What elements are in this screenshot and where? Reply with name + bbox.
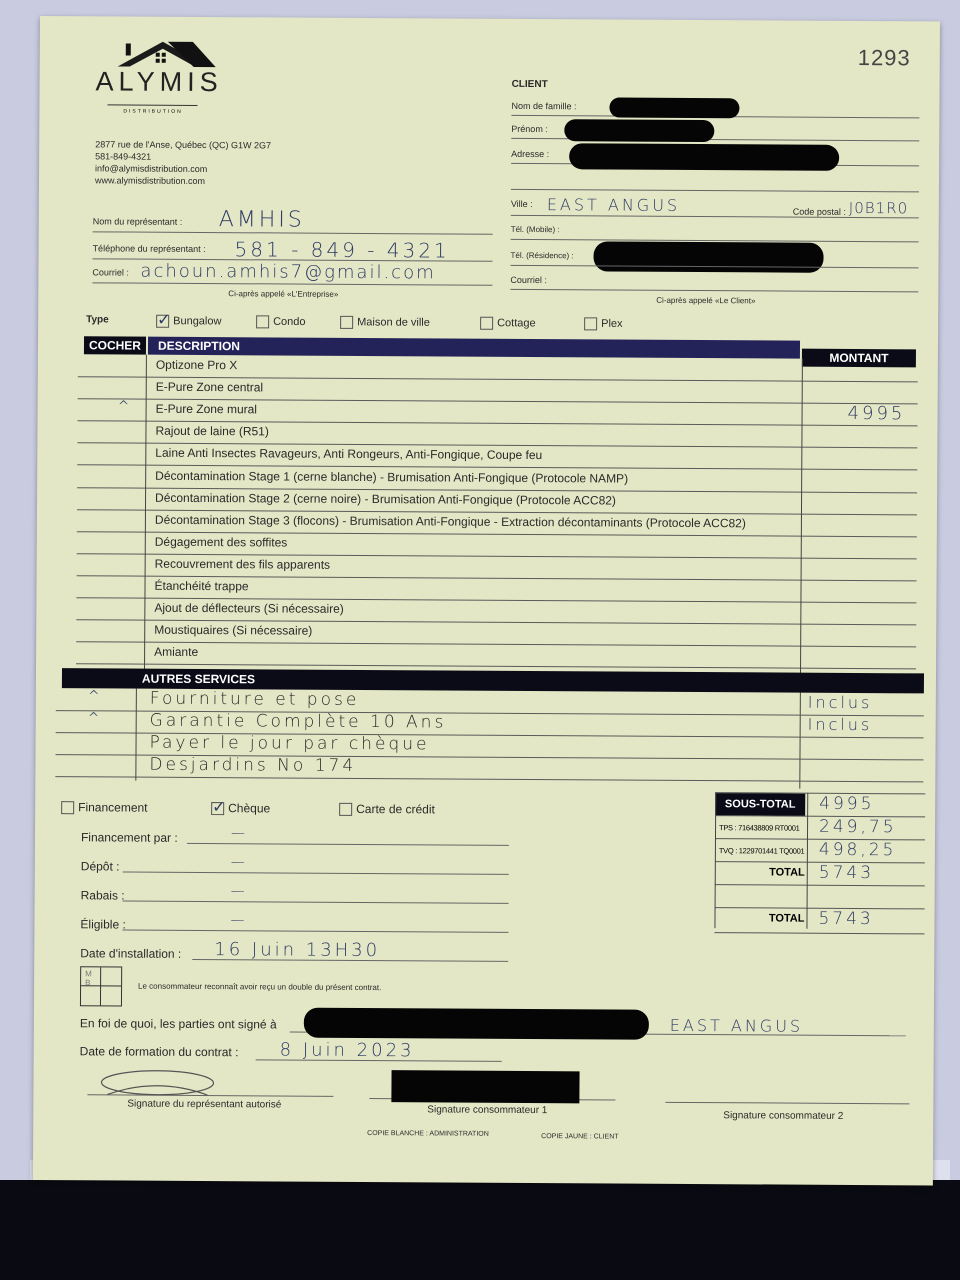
table-row: Amiante — [76, 642, 916, 670]
client-lastname-label: Nom de famille : — [511, 101, 576, 111]
tps-value[interactable]: 249,75 — [819, 817, 897, 837]
row-description: E-Pure Zone mural — [156, 402, 257, 417]
tvq-label: TVQ : 1229701441 TQ0001 — [719, 846, 809, 856]
payment-field-value[interactable]: — — [230, 912, 247, 928]
company-logo: ALYMIS DISTRIBUTION — [95, 38, 255, 119]
client-postal-label: Code postal : — [793, 207, 846, 217]
company-phone: 581-849-4321 — [95, 150, 271, 163]
service-rows: Optizone Pro XE-Pure Zone central^E-Pure… — [40, 16, 940, 21]
contract-form: ALYMIS DISTRIBUTION 2877 rue de l'Anse, … — [33, 16, 940, 1185]
payment-fields: Financement par :—Dépôt :—Rabais :—Éligi… — [40, 16, 940, 21]
desk-background — [0, 1180, 960, 1280]
row-amount[interactable]: 4995 — [848, 403, 906, 424]
total-value[interactable]: 5743 — [819, 863, 874, 883]
payment-field-value[interactable]: — — [231, 854, 248, 870]
payment-field-value[interactable]: — — [231, 825, 248, 841]
rep-signature-scribble — [97, 1066, 227, 1101]
type-option-maison-de-ville[interactable]: Maison de ville — [340, 316, 430, 330]
payment-options: Financement Chèque Carte de crédit — [61, 800, 481, 803]
checkbox-financement[interactable] — [61, 801, 74, 814]
check-mark[interactable]: ^ — [88, 710, 103, 726]
acknowledgement-text: Le consommateur reconnaît avoir reçu un … — [138, 982, 381, 992]
col-header-cocher: COCHER — [84, 336, 146, 354]
checkbox-maison-de-ville[interactable] — [340, 316, 353, 329]
service-amount[interactable]: Inclus — [808, 693, 873, 712]
client-note: Ci-après appelé «Le Client» — [656, 296, 755, 306]
client-postal-value[interactable]: J0B1R0 — [849, 199, 908, 217]
type-option-cottage[interactable]: Cottage — [480, 317, 536, 330]
row-description: E-Pure Zone central — [156, 380, 263, 395]
check-mark[interactable]: ^ — [118, 399, 133, 415]
rep-name-value[interactable]: AMHIS — [219, 207, 305, 233]
service-description[interactable]: Payer le jour par chèque — [150, 733, 430, 755]
payment-field: Dépôt :— — [81, 857, 511, 880]
checkbox-cottage[interactable] — [480, 317, 493, 330]
row-description: Laine Anti Insectes Ravageurs, Anti Rong… — [155, 446, 542, 462]
payment-field: Date d'installation :16 Juin 13H30 — [80, 944, 510, 967]
totals-table: SOUS-TOTAL 4995 TPS : 716438809 RT000124… — [714, 792, 925, 934]
payment-field-value[interactable]: 16 Juin 13H30 — [214, 939, 380, 961]
payment-field-value[interactable]: — — [231, 883, 248, 899]
row-description: Dégagement des soffites — [155, 535, 288, 550]
company-address: 2877 rue de l'Anse, Québec (QC) G1W 2G7 — [95, 138, 271, 151]
payment-carte-credit[interactable]: Carte de crédit — [339, 802, 435, 817]
service-description[interactable]: Fourniture et pose — [150, 689, 360, 710]
payment-field-label: Rabais : — [81, 888, 125, 902]
company-name: ALYMIS — [96, 66, 223, 98]
tvq-value[interactable]: 498,25 — [819, 840, 897, 860]
company-email: info@alymisdistribution.com — [95, 162, 271, 175]
client-email-label: Courriel : — [510, 275, 547, 285]
signing-place-value[interactable]: EAST ANGUS — [670, 1016, 803, 1036]
consumer1-signature-label: Signature consommateur 1 — [427, 1104, 547, 1116]
company-contact: 2877 rue de l'Anse, Québec (QC) G1W 2G7 … — [95, 138, 271, 187]
row-description: Décontamination Stage 1 (cerne blanche) … — [155, 468, 628, 485]
row-description: Rajout de laine (R51) — [155, 424, 268, 439]
checkbox-condo[interactable] — [256, 315, 269, 328]
payment-field: Financement par :— — [81, 828, 511, 851]
subtotal-value[interactable]: 4995 — [819, 794, 874, 814]
redaction-phone — [593, 241, 823, 272]
type-options: Bungalow Condo Maison de ville Cottage P… — [156, 315, 916, 320]
company-website: www.alymisdistribution.com — [95, 174, 271, 187]
rep-note: Ci-après appelé «L'Entreprise» — [228, 289, 338, 299]
row-description: Amiante — [154, 645, 198, 659]
client-city-value[interactable]: EAST ANGUS — [547, 195, 680, 215]
client-title: CLIENT — [512, 79, 548, 90]
total-label: TOTAL — [715, 866, 805, 879]
rep-phone-label: Téléphone du représentant : — [93, 243, 206, 254]
redaction-place — [304, 1008, 649, 1040]
payment-field: Rabais :— — [81, 886, 511, 909]
row-description: Étanchéité trappe — [154, 579, 248, 594]
checkbox-plex[interactable] — [584, 317, 597, 330]
client-home-label: Tél. (Résidence) : — [511, 251, 574, 260]
copy-white-note: COPIE BLANCHE : ADMINISTRATION — [367, 1130, 489, 1138]
checkbox-cheque[interactable] — [211, 802, 224, 815]
row-description: Moustiquaires (Si nécessaire) — [154, 623, 312, 638]
signing-place-label: En foi de quoi, les parties ont signé à — [80, 1016, 277, 1031]
payment-field: Éligible :— — [80, 915, 510, 938]
client-firstname-label: Prénom : — [511, 124, 548, 134]
client-mobile-label: Tél. (Mobile) : — [511, 225, 560, 234]
rep-signature-label: Signature du représentant autorisé — [127, 1099, 281, 1111]
redaction-signature — [391, 1070, 579, 1103]
row-description: Recouvrement des fils apparents — [155, 557, 331, 572]
row-description: Décontamination Stage 3 (flocons) - Brum… — [155, 512, 746, 530]
client-address-label: Adresse : — [511, 149, 549, 159]
total2-label: TOTAL — [714, 912, 804, 925]
contract-date-label: Date de formation du contrat : — [80, 1044, 239, 1059]
form-number: 1293 — [858, 45, 911, 71]
tps-label: TPS : 716438809 RT0001 — [719, 823, 809, 833]
redaction-address — [569, 143, 839, 171]
row-description: Optizone Pro X — [156, 358, 237, 372]
initials-box[interactable]: M B — [80, 966, 122, 1006]
type-option-plex[interactable]: Plex — [584, 317, 622, 330]
type-option-condo[interactable]: Condo — [256, 315, 306, 328]
consumer2-signature-label: Signature consommateur 2 — [723, 1110, 843, 1122]
other-service-row: Desjardins No 174 — [55, 754, 923, 782]
redaction-firstname — [564, 119, 714, 142]
redaction-lastname — [609, 97, 739, 118]
company-subtitle: DISTRIBUTION — [123, 109, 182, 115]
row-description: Décontamination Stage 2 (cerne noire) - … — [155, 490, 616, 507]
payment-cheque[interactable]: Chèque — [211, 801, 270, 816]
service-amount[interactable]: Inclus — [808, 715, 873, 734]
type-option-bungalow[interactable]: Bungalow — [156, 315, 221, 328]
payment-field-label: Date d'installation : — [80, 946, 181, 961]
contract-date-value[interactable]: 8 Juin 2023 — [280, 1039, 415, 1061]
checkbox-carte-credit[interactable] — [339, 803, 352, 816]
payment-field-label: Financement par : — [81, 830, 178, 845]
service-description[interactable]: Garantie Complète 10 Ans — [150, 711, 447, 733]
type-label: Type — [86, 314, 109, 325]
payment-financement[interactable]: Financement — [61, 800, 147, 815]
row-description: Ajout de déflecteurs (Si nécessaire) — [154, 601, 344, 616]
other-services-rows: ^Fourniture et poseInclus^Garantie Compl… — [40, 16, 940, 21]
check-mark[interactable]: ^ — [88, 688, 103, 704]
total2-value[interactable]: 5743 — [818, 909, 873, 929]
rep-name-label: Nom du représentant : — [93, 216, 183, 227]
rep-email-value[interactable]: achoun.amhis7@gmail.com — [140, 261, 435, 284]
checkbox-bungalow[interactable] — [156, 315, 169, 328]
rep-email-label: Courriel : — [92, 267, 129, 277]
subtotal-label: SOUS-TOTAL — [715, 793, 805, 816]
client-city-label: Ville : — [511, 199, 533, 209]
service-description[interactable]: Desjardins No 174 — [149, 755, 356, 776]
payment-field-label: Dépôt : — [81, 859, 120, 873]
copy-yellow-note: COPIE JAUNE : CLIENT — [541, 1133, 618, 1140]
payment-field-label: Éligible : — [80, 917, 125, 931]
